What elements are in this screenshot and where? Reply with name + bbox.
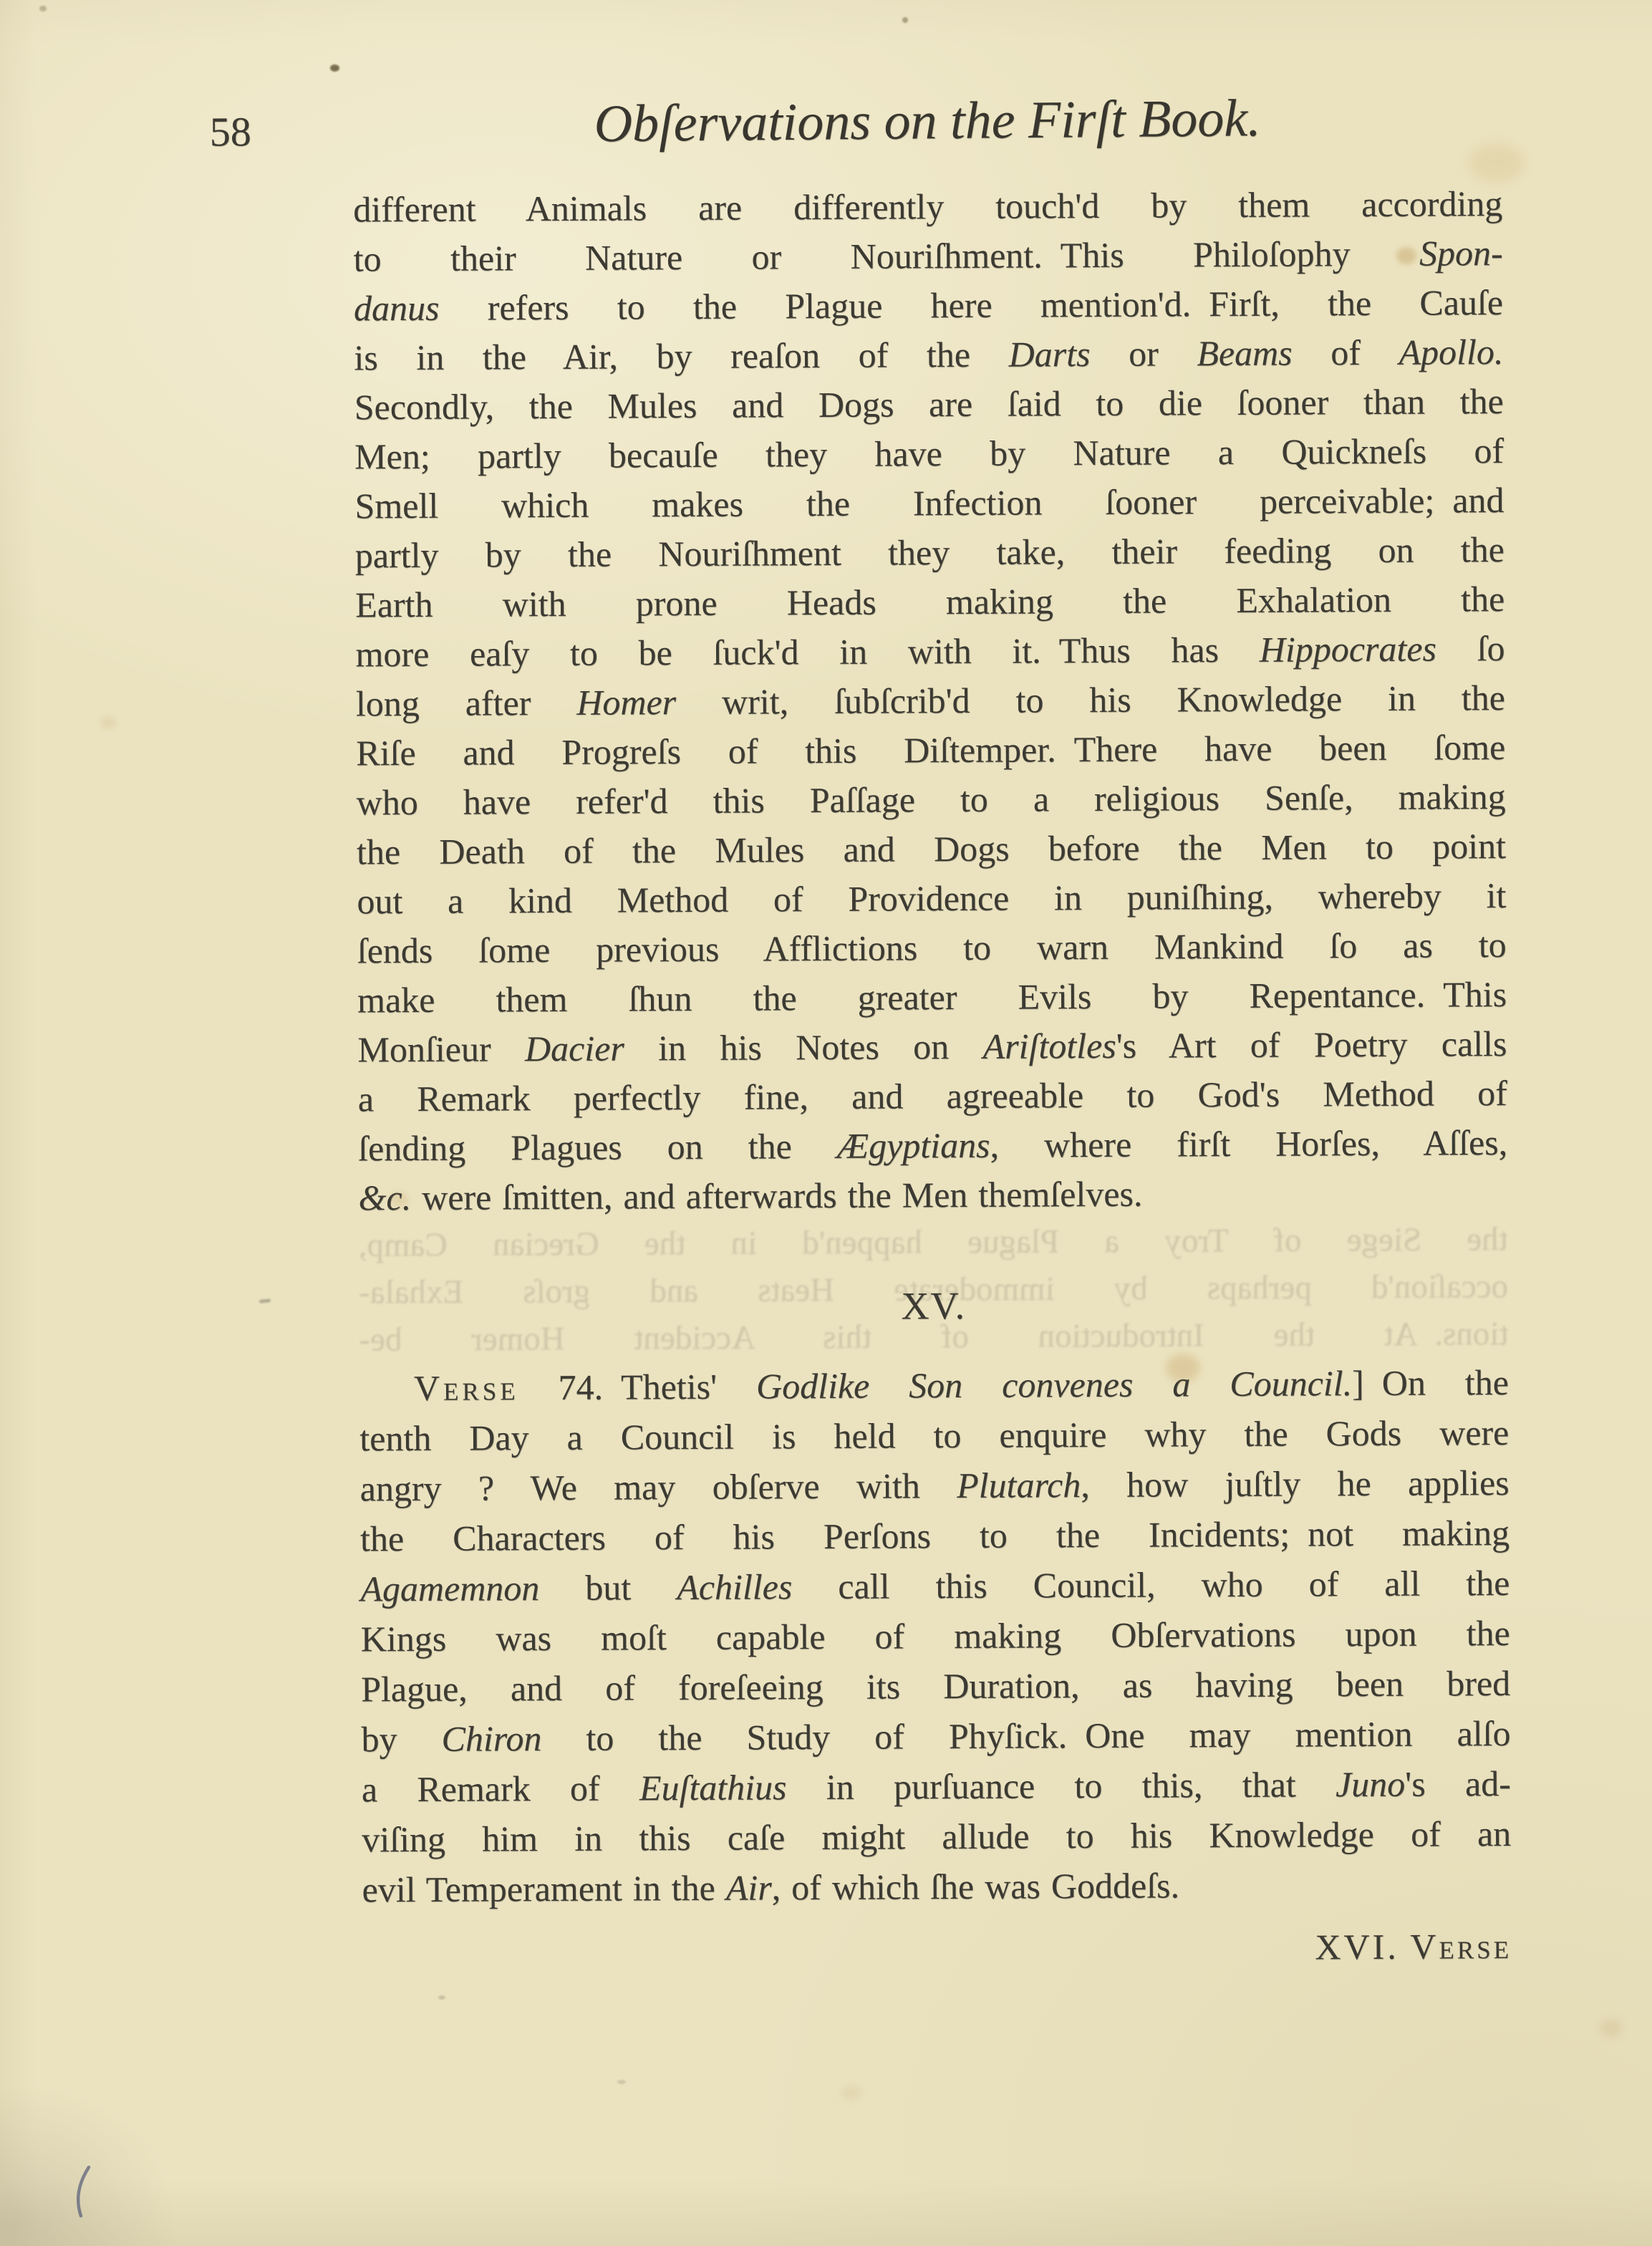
text-line: evil Temperament in the Air, of which ſh… xyxy=(362,1859,1511,1914)
text-line: danus refers to the Plague here mention'… xyxy=(354,278,1503,333)
text-line: viſing him in this caſe might allude to … xyxy=(362,1808,1511,1864)
text-line: ſends ſome previous Afflictions to warn … xyxy=(357,920,1507,975)
text-line: angry ? We may obſerve with Plutarch, ho… xyxy=(359,1457,1509,1513)
text-line: a Remark of Euſtathius in purſuance to t… xyxy=(362,1758,1511,1814)
text-line: Smell which makes the Infection ſooner p… xyxy=(354,476,1504,531)
paragraph-observations-xiv: different Animals are differently touch'… xyxy=(353,179,1508,1223)
letterpress-text-block: the Siege of Troy a Plague happen'd in t… xyxy=(0,0,1652,2246)
text-line: make them ſhun the greater Evils by Repe… xyxy=(357,970,1507,1025)
text-line: Secondly, the Mules and Dogs are ſaid to… xyxy=(354,377,1504,432)
section-heading: XV. xyxy=(359,1281,1508,1331)
text-line: tenth Day a Council is held to enquire w… xyxy=(359,1407,1509,1463)
text-line: &c. were ſmitten, and afterwards the Men… xyxy=(358,1167,1507,1223)
text-line: more eaſy to be ſuck'd in with it. Thus … xyxy=(355,624,1504,679)
text-line: Agamemnon but Achilles call this Council… xyxy=(360,1558,1509,1614)
text-line: Kings was moſt capable of making Obſerva… xyxy=(361,1608,1510,1664)
text-line: the Death of the Mules and Dogs before t… xyxy=(357,821,1506,877)
text-line: ſending Plagues on the Ægyptians, where … xyxy=(358,1118,1507,1173)
text-line: who have refer'd this Paſſage to a relig… xyxy=(356,772,1505,827)
text-line: out a kind Method of Providence in puniſ… xyxy=(357,871,1506,926)
text-line: by Chiron to the Study of Phyſick. One m… xyxy=(361,1708,1510,1764)
text-line: Monſieur Dacier in his Notes on Ariſtotl… xyxy=(357,1019,1507,1074)
running-title: Obſervations on the Firſt Book. xyxy=(352,86,1502,157)
text-line: Riſe and Progreſs of this Diſtemper. The… xyxy=(356,723,1505,778)
text-line: Plague, and of foreſeeing its Duration, … xyxy=(361,1658,1510,1714)
scanned-book-page: the Siege of Troy a Plague happen'd in t… xyxy=(0,0,1652,2246)
bleed-through-line: the Siege of Troy a Plague happen'd in t… xyxy=(359,1215,1508,1268)
text-line: the Characters of his Perſons to the Inc… xyxy=(360,1508,1509,1563)
text-line: Earth with prone Heads making the Exhala… xyxy=(355,574,1504,630)
text-line: Verse 74. Thetis' Godlike Son convenes a… xyxy=(359,1357,1509,1413)
text-line: a Remark perfectly fine, and agreeable t… xyxy=(358,1069,1507,1124)
paragraph-verse-74: Verse 74. Thetis' Godlike Son convenes a… xyxy=(359,1357,1512,1914)
text-line: to their Nature or Nouriſhment. This Phi… xyxy=(353,228,1502,284)
text-line: different Animals are differently touch'… xyxy=(353,179,1502,234)
text-line: partly by the Nouriſhment they take, the… xyxy=(355,525,1504,580)
text-line: is in the Air, by reaſon of the Darts or… xyxy=(354,327,1503,382)
page-number: 58 xyxy=(210,107,251,155)
text-line: long after Homer writ, ſubſcrib'd to his… xyxy=(356,673,1505,728)
text-line: Men; partly becauſe they have by Nature … xyxy=(354,426,1504,481)
catchword: XVI. Verse xyxy=(362,1925,1512,1972)
